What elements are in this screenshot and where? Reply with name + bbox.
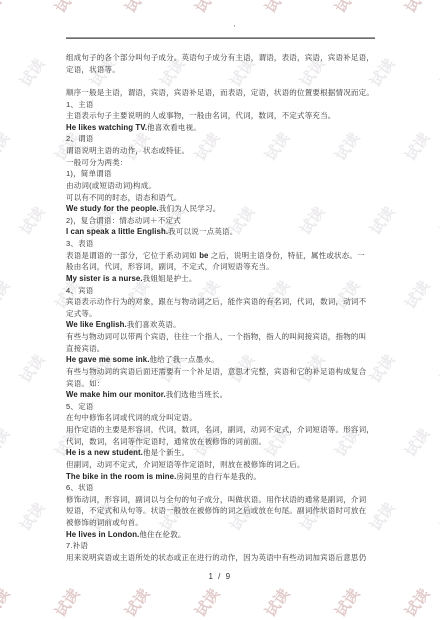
document-line: 般由名词，代词，形容词，副词，不定式，介词短语等充当。 [66,261,376,273]
document-line: 组成句子的各个部分叫句子成分。英语句子成分有主语，谓语，表语，宾语，宾语补足语， [66,52,376,64]
document-line: 定式等。 [66,308,376,320]
document-line: 被修饰的词前或句首。 [66,517,376,529]
document-line: 7.补语 [66,540,376,552]
document-body: 组成句子的各个部分叫句子成分。英语句子成分有主语，谓语，表语，宾语，宾语补足语，… [66,52,376,564]
document-line: I can speak a little English.我可以说一点英语。 [66,226,376,238]
document-line: 1、主语 [66,99,376,111]
document-line: 定语，状语等。 [66,64,376,76]
document-line: 1)，简单谓语 [66,168,376,180]
document-line: 3、表语 [66,238,376,250]
document-line: 2)，复合谓语：情态动词＋不定式 [66,215,376,227]
document-line [66,75,376,87]
document-line: 修饰动词，形容词，副词以与全句的句子成分，叫做状语。用作状语的通常是副词，介词 [66,494,376,506]
header-rule [66,37,375,39]
document-line: 表语是谓语的一部分，它位于系动词如 be 之后，说明主语身份，特征，属性或状态。… [66,250,376,262]
document-line: 谓语说明主语的动作，状态或特征。 [66,145,376,157]
document-line: 可以有不同的时态，语态和语气。 [66,192,376,204]
document-line: The bike in the room is mine.房间里的自行车是我的。 [66,471,376,483]
document-line: 4、宾语 [66,285,376,297]
document-line: 有些与物动词的宾语后面还需要有一个补足语，意思才完整，宾语和它的补足语构成复合 [66,366,376,378]
document-line: 直接宾语。 [66,343,376,355]
document-line: We study for the people.我们为人民学习。 [66,203,376,215]
document-line: 短语，不定式和从句等。状语一般放在被修饰的词之后或放在句尾。副词作状语时可放在 [66,505,376,517]
document-line: 用来说明宾语或主语所处的状态或正在进行的动作，因为英语中有些动词加宾语后意思仍 [66,552,376,564]
document-line: 主语表示句子主要说明的人或事物，一般由名词，代词，数词，不定式等充当。 [66,110,376,122]
document-line: 代词，数词，名词等作定语时，通常放在被修饰的词前面。 [66,436,376,448]
document-line: My sister is a nurse.我姐姐是护士。 [66,273,376,285]
document-line: He gave me some ink.他给了我一点墨水。 [66,354,376,366]
document-line: 用作定语的主要是形容词，代词，数词，名词，副词，动词不定式，介词短语等。形容词， [66,424,376,436]
document-line: 由动词(或短语动词)构成。 [66,180,376,192]
document-line: 但副词，动词不定式，介词短语等作定语时，则放在被修饰的词之后。 [66,459,376,471]
document-line: 有些与物动词可以带两个宾语，往往一个指人，一个指物，指人的叫间接宾语，指物的叫 [66,331,376,343]
document-page: ' 组成句子的各个部分叫句子成分。英语句子成分有主语，谓语，表语，宾语，宾语补足… [0,0,440,620]
document-line: We make him our monitor.我们选他当班长。 [66,389,376,401]
document-line: 顺序一般是主语，谓语，宾语，宾语补足语，而表语，定语，状语的位置要根据情况而定。 [66,87,376,99]
document-line: 宾语表示动作行为的对象，跟在与物动词之后，能作宾语的有名词，代词，数词，动词不 [66,296,376,308]
document-line: 在句中修饰名词或代词的成分叫定语。 [66,412,376,424]
document-line: He is a new student.他是个新生。 [66,447,376,459]
document-line: 宾语。如： [66,378,376,390]
page-number: 1 / 9 [0,572,440,581]
document-line: 2、谓语 [66,133,376,145]
document-line: We like English.我们喜欢英语。 [66,319,376,331]
document-line: He likes watching TV.他喜欢看电视。 [66,122,376,134]
document-line: 一般可分为两类： [66,157,376,169]
header-dot: ' [234,25,235,32]
document-line: 6、状语 [66,482,376,494]
document-line: 5、定语 [66,401,376,413]
document-line: He lives in London.他住在伦敦。 [66,529,376,541]
